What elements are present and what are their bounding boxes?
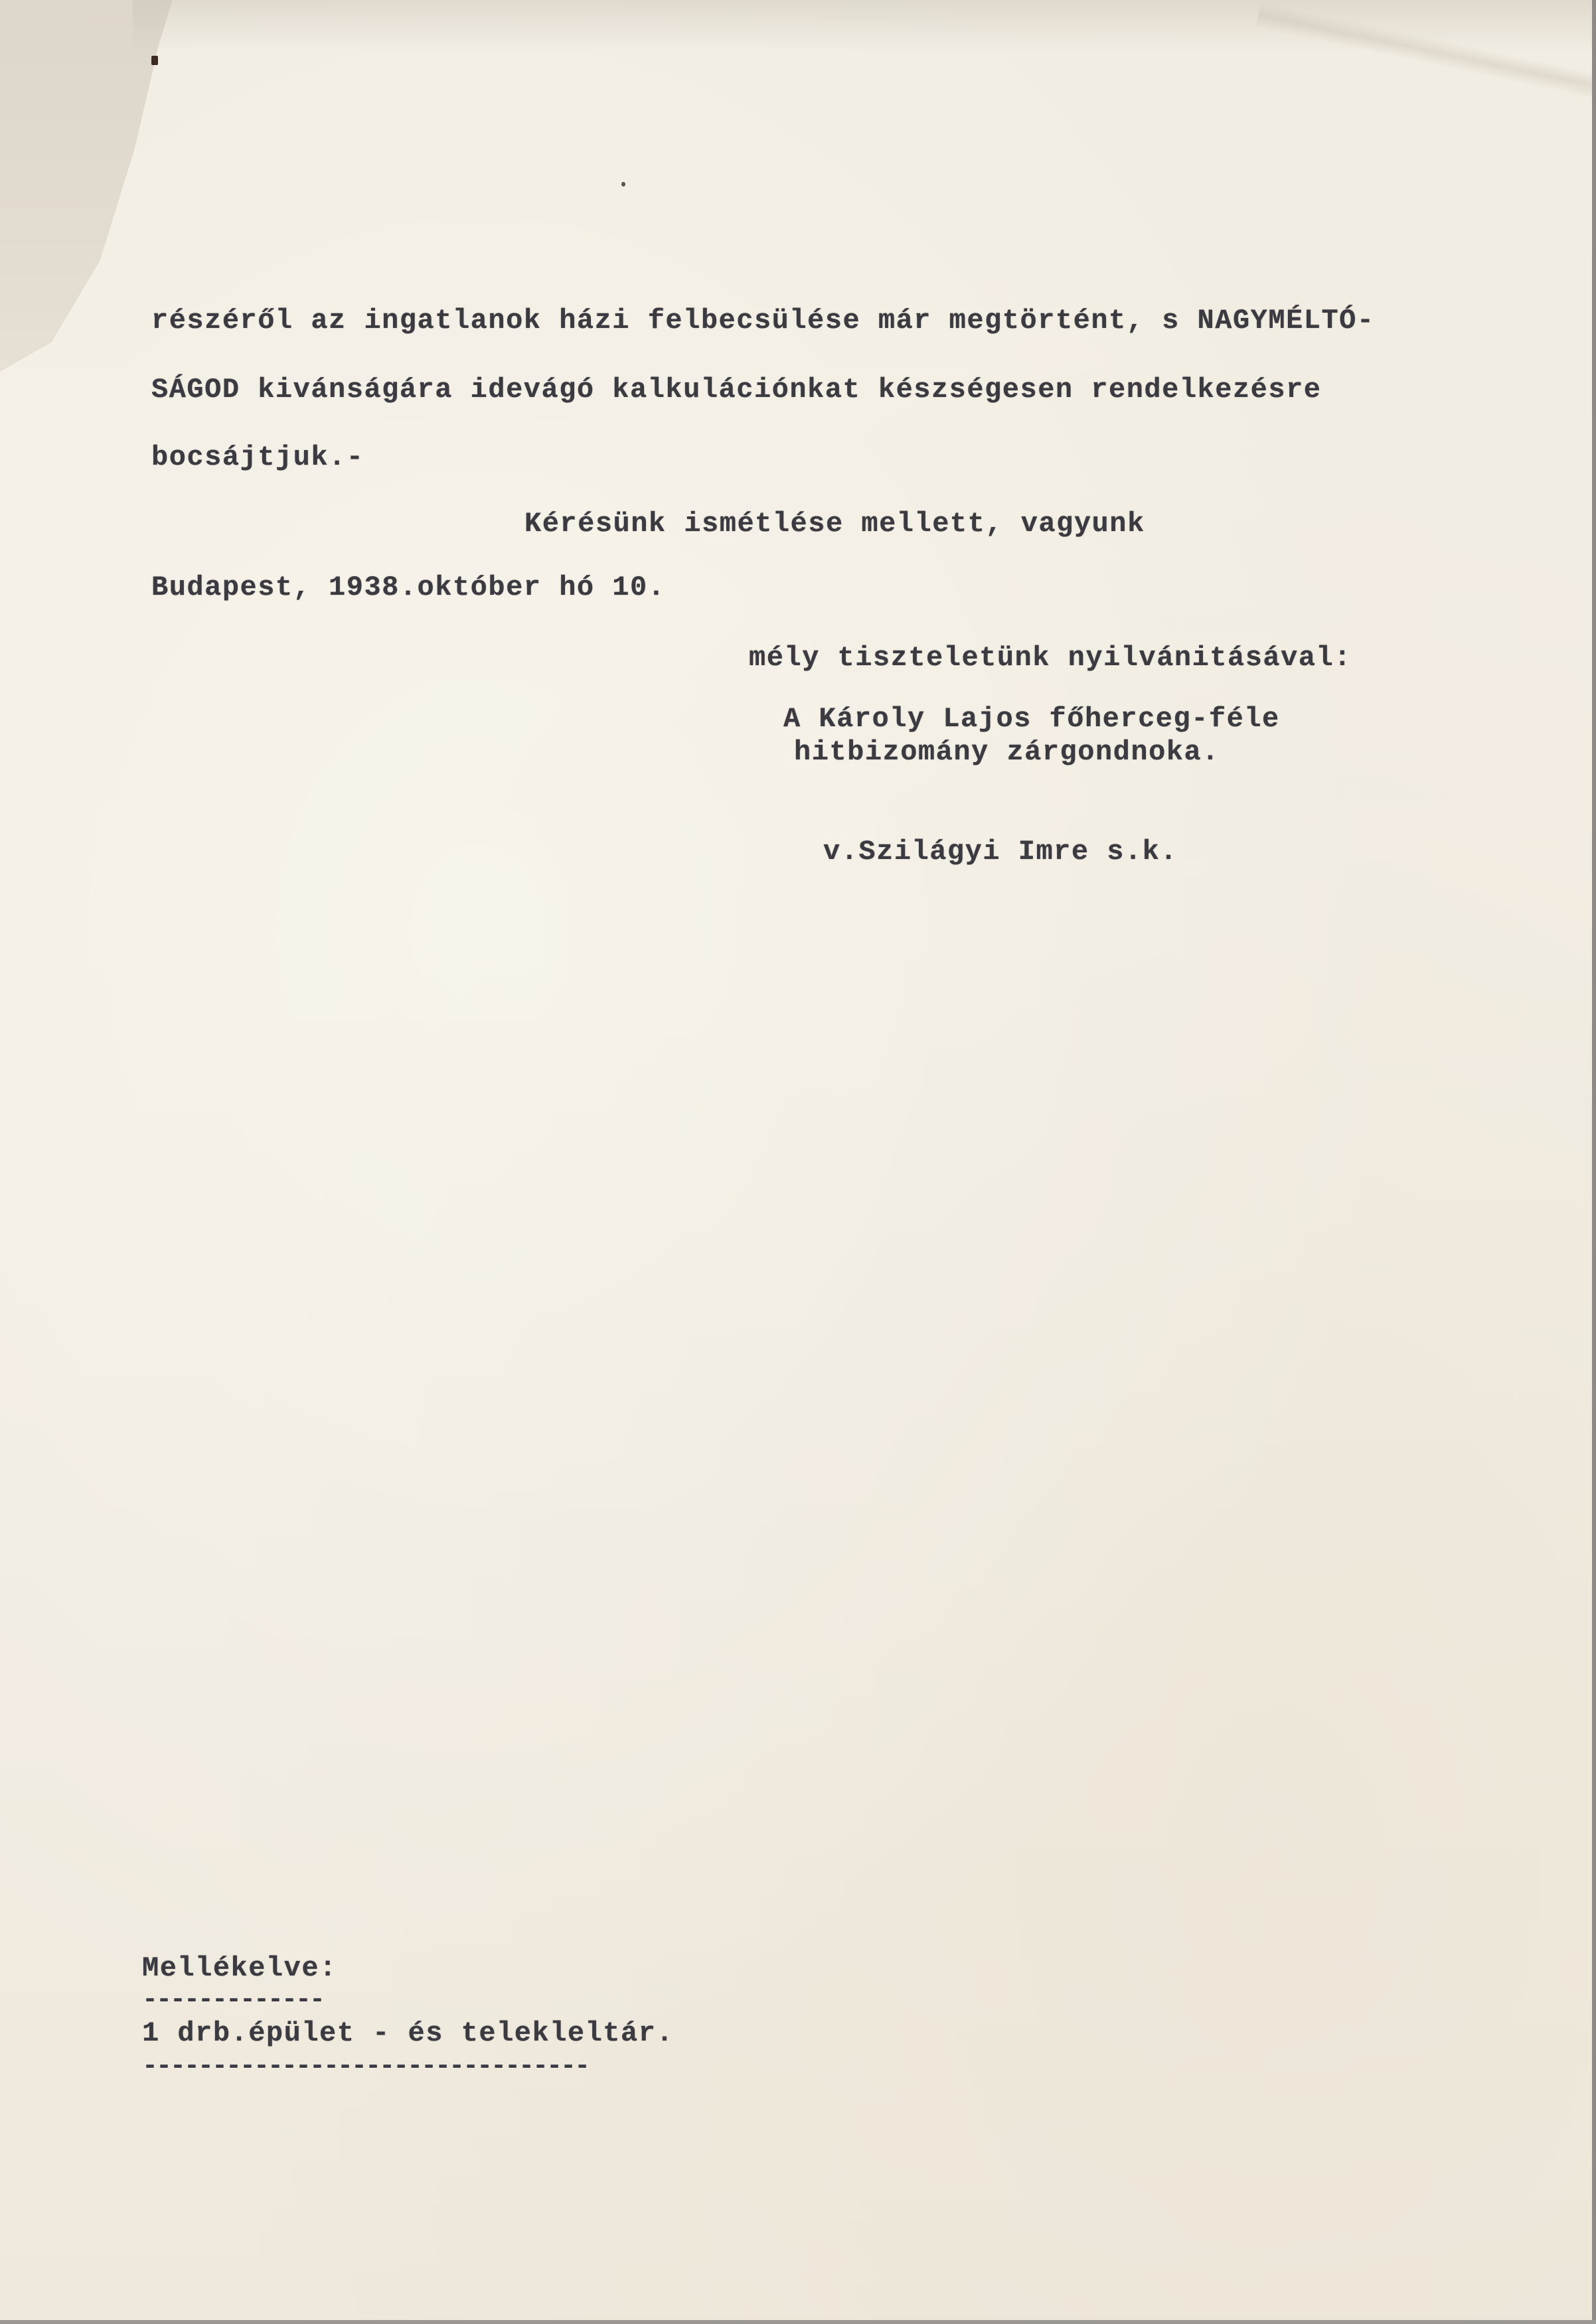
sender-line-2: hitbizomány zárgondnoka. [794,738,1220,766]
folded-underlay-sheet [0,0,173,372]
closing-formula: mély tiszteletünk nyilvánitásával: [749,644,1352,672]
body-line-2: SÁGOD kivánságára idevágó kalkulációnkat… [151,376,1321,404]
ink-speck [621,182,625,187]
body-line-3: bocsájtjuk.- [151,443,364,471]
place-date: Budapest, 1938.október hó 10. [151,574,665,601]
sender-line-1: A Károly Lajos főherceg-féle [783,705,1280,733]
attachments-heading: Mellékelve: [142,1954,337,1982]
staple-mark [151,56,158,65]
attachments-heading-rule: ------------- [142,1987,323,2014]
scan-bottom-edge [0,2320,1596,2324]
attachment-item: 1 drb.épület - és telekleltár. [142,2019,674,2047]
attachment-item-rule: -------------------------------- [142,2054,588,2080]
body-line-1: részéről az ingatlanok házi felbecsülése… [151,307,1375,335]
scan-right-edge [1592,0,1596,2324]
paper-page: részéről az ingatlanok házi felbecsülése… [0,0,1596,2324]
closing-request: Kérésünk ismétlése mellett, vagyunk [524,510,1145,538]
signature: v.Szilágyi Imre s.k. [823,838,1178,866]
